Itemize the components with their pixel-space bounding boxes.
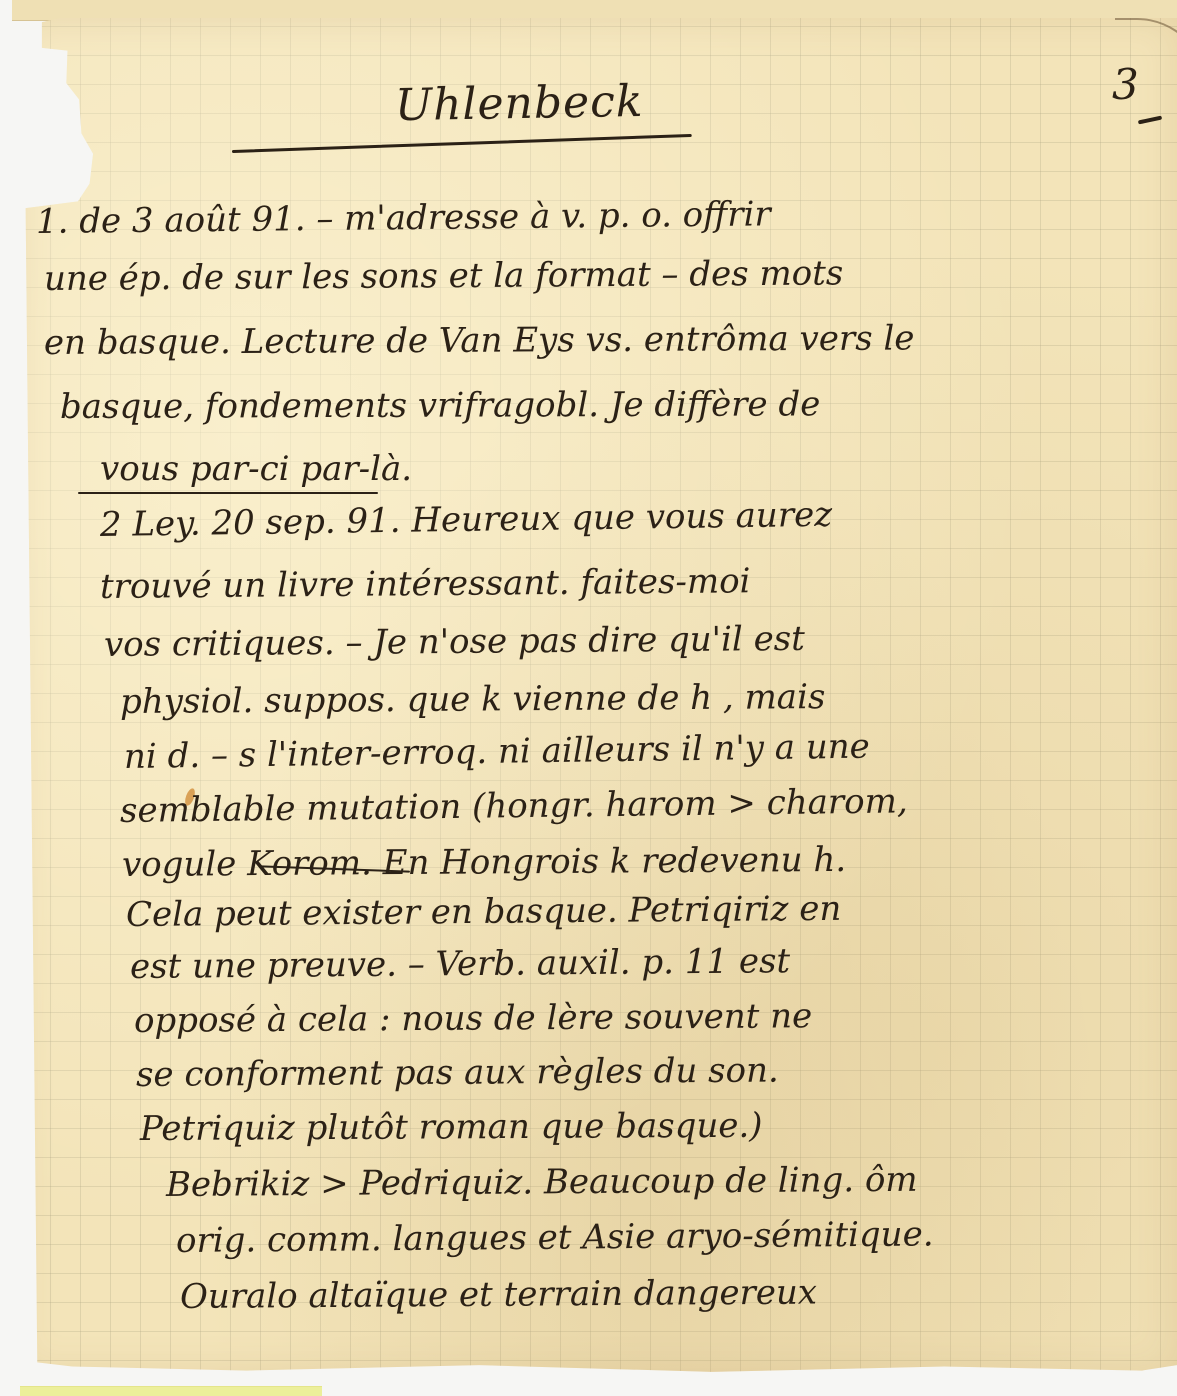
manuscript-line: trouvé un livre intéressant. faites-moi <box>100 564 751 604</box>
archive-label-strip <box>20 1386 322 1396</box>
manuscript-line: est une preuve. – Verb. auxil. p. 11 est <box>130 944 790 984</box>
manuscript-line: Cela peut exister en basque. Petriqiriz … <box>126 892 842 932</box>
manuscript-line: basque, fondements vrifragobl. Je diffèr… <box>60 387 820 424</box>
manuscript-line: se conforment pas aux règles du son. <box>136 1054 779 1092</box>
manuscript-line: vous par-ci par-là. <box>100 452 412 486</box>
manuscript-line: vogule Korom. En Hongrois k redevenu h. <box>122 843 846 882</box>
manuscript-line: Ouralo altaïque et terrain dangereux <box>180 1276 817 1314</box>
manuscript-line: Bebrikiz > Pedriquiz. Beaucoup de ling. … <box>166 1163 918 1202</box>
manuscript-line: semblable mutation (hongr. harom > charo… <box>120 784 908 828</box>
manuscript-line: 2 Ley. 20 sep. 91. Heureux que vous aure… <box>100 498 833 542</box>
manuscript-line: opposé à cela : nous de lère souvent ne <box>134 999 812 1038</box>
manuscript-line: physiol. suppos. que k vienne de h , mai… <box>120 680 826 719</box>
manuscript-line: ni d. – s l'inter-erroq. ni ailleurs il … <box>124 730 870 774</box>
manuscript-line: Petriquiz plutôt roman que basque.) <box>140 1109 763 1146</box>
manuscript-line: une ép. de sur les sons et la format – d… <box>44 256 843 296</box>
manuscript-line: en basque. Lecture de Van Eys vs. entrôm… <box>44 321 915 360</box>
manuscript-line: vos critiques. – Je n'ose pas dire qu'il… <box>104 622 805 662</box>
section-divider <box>78 492 378 494</box>
manuscript-body: 1. de 3 août 91. – m'adresse à v. p. o. … <box>0 0 1177 1396</box>
manuscript-line: orig. comm. langues et Asie aryo-sémitiq… <box>176 1217 934 1258</box>
manuscript-line: 1. de 3 août 91. – m'adresse à v. p. o. … <box>36 197 771 239</box>
